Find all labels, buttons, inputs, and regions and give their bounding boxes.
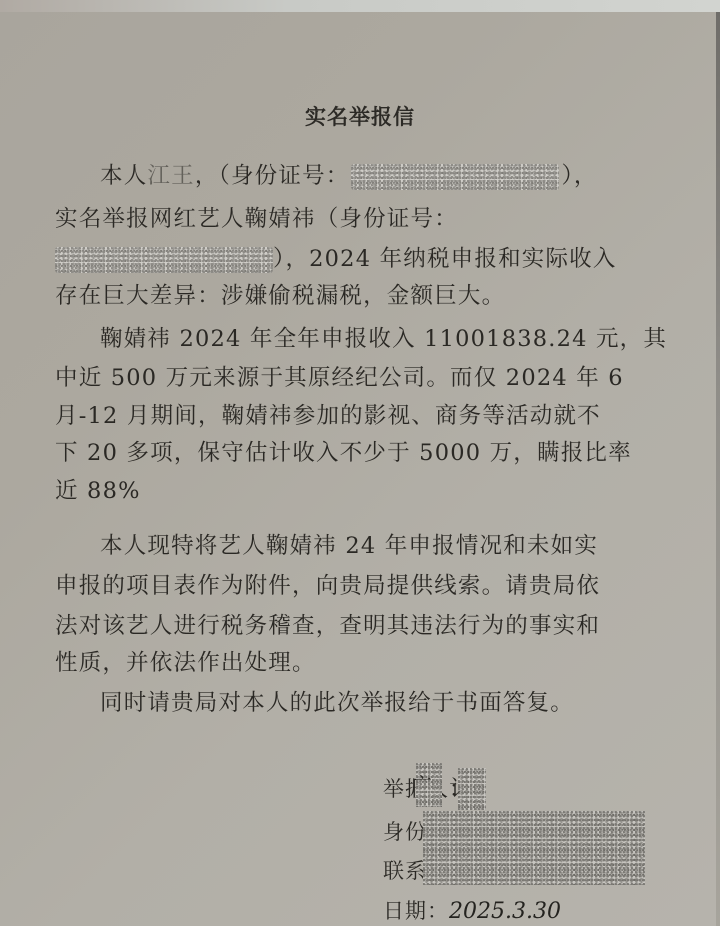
photo-top-background — [0, 0, 720, 12]
paragraph-2-line-2: 中近 500 万元来源于其原经纪公司。而仅 2024 年 6 — [55, 363, 624, 393]
paragraph-2-line-5: 近 88% — [55, 476, 141, 506]
paper-sheet — [0, 12, 716, 926]
redacted-id-and-phone — [423, 811, 645, 885]
paragraph-3-line-1: 本人现特将艺人鞠婧祎 24 年申报情况和未如实 — [100, 531, 598, 561]
paragraph-3-line-2: 申报的项目表作为附件，向贵局提供线索。请贵局依 — [55, 571, 600, 601]
date-label: 日期： — [383, 899, 449, 923]
paragraph-2-line-3: 月-12 月期间，鞠婧祎参加的影视、商务等活动就不 — [55, 401, 601, 431]
text-line3-suffix: ），2024 年纳税申报和实际收入 — [273, 246, 617, 272]
reporter-signature-stroke-1: 广 — [410, 770, 432, 801]
date-row: 日期：2025.3.30 — [383, 895, 561, 925]
paragraph-3-line-4: 性质，并依法作出处理。 — [55, 648, 316, 678]
text-suffix: ）， — [561, 163, 597, 189]
paragraph-4-line-1: 同时请贵局对本人的此次举报给于书面答复。 — [100, 688, 574, 718]
text-prefix: 本人 — [100, 163, 147, 189]
reporter-name-partial: 江王 — [147, 163, 194, 189]
paragraph-1-line-4: 存在巨大差异：涉嫌偷税漏税，金额巨大。 — [55, 281, 505, 311]
reporter-signature-stroke-2: 讠 — [449, 772, 471, 803]
paragraph-2-line-4: 下 20 多项，保守估计收入不少于 5000 万，瞒报比率 — [55, 438, 632, 468]
date-handwritten-value: 2025.3.30 — [449, 899, 561, 924]
redacted-subject-id — [55, 247, 273, 273]
paragraph-3-line-3: 法对该艺人进行税务稽查，查明其违法行为的事实和 — [55, 611, 600, 641]
paragraph-1-line-2: 实名举报网红艺人鞠婧祎（身份证号： — [55, 204, 458, 234]
paragraph-2-line-1: 鞠婧祎 2024 年全年申报收入 11001838.24 元，其 — [100, 324, 667, 354]
text-id-label: ，（身份证号： — [195, 163, 350, 189]
paragraph-1-line-3: ），2024 年纳税申报和实际收入 — [55, 244, 617, 274]
paragraph-1-line-1: 本人江王，（身份证号：）， — [100, 161, 598, 191]
document-title: 实名举报信 — [0, 101, 720, 131]
paper-right-edge — [716, 12, 720, 926]
redacted-reporter-id — [351, 164, 559, 190]
